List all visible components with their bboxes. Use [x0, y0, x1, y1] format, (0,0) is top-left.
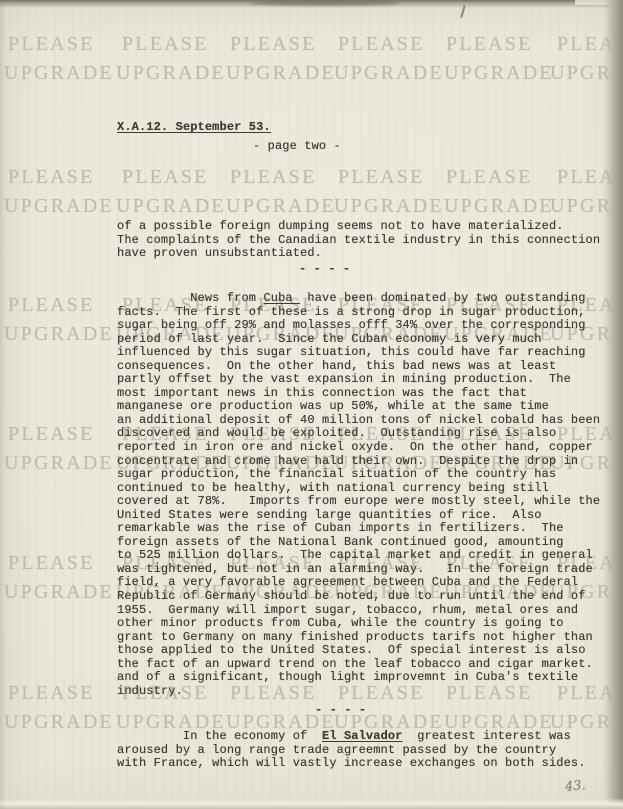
watermark-word: UPGRADE — [116, 63, 226, 83]
watermark-word: PLEASE — [8, 167, 95, 187]
scan-edge-bottom — [0, 798, 623, 809]
paragraph-canada: of a possible foreign dumping seems not … — [117, 220, 600, 261]
watermark-word: UPGRADE — [4, 63, 114, 83]
watermark-word: PLEASE — [8, 683, 95, 703]
watermark-word: PLEASE — [122, 34, 209, 54]
pencil-page-number: 43. — [564, 778, 586, 795]
watermark-word: UPGRADE — [4, 453, 114, 473]
scan-smudge — [250, 1, 400, 6]
scanned-document-page: PLEASEPLEASEPLEASEPLEASEPLEASEPLEASEUPGR… — [0, 0, 623, 809]
watermark-word: PLEASE — [8, 34, 95, 54]
watermark-word: UPGRADE — [226, 63, 336, 83]
watermark-word: PLEASE — [446, 34, 533, 54]
watermark-word: PLEASE — [446, 167, 533, 187]
watermark-word: UPGRADE — [4, 712, 114, 732]
paragraph-cuba: News from Cuba have been dominated by tw… — [117, 292, 600, 698]
watermark-word: UPGRADE — [4, 196, 114, 216]
separator-2: - - - - — [315, 704, 366, 718]
watermark-word: PLEASE — [122, 167, 209, 187]
watermark-word: PLEASE — [230, 167, 317, 187]
watermark-word: UPGRADE — [444, 63, 554, 83]
watermark-word: PLEASE — [338, 34, 425, 54]
watermark-word: UPGRADE — [116, 196, 226, 216]
watermark-word: PLEASE — [8, 424, 95, 444]
watermark-word: UPGRADE — [4, 324, 114, 344]
watermark-word: UPGRADE — [444, 196, 554, 216]
scan-edge-right — [604, 0, 623, 809]
watermark-word: UPGRADE — [334, 196, 444, 216]
scan-edge-left — [0, 0, 7, 809]
watermark-word: UPGRADE — [4, 582, 114, 602]
doc-reference: X.A.12. September 53. — [117, 121, 271, 135]
watermark-word: PLEASE — [338, 167, 425, 187]
watermark-word: UPGRADE — [226, 196, 336, 216]
separator-1: - - - - — [299, 263, 350, 277]
watermark-word: PLEASE — [8, 553, 95, 573]
watermark-word: UPGRADE — [334, 63, 444, 83]
page-label: - page two - — [253, 140, 341, 154]
paragraph-el-salvador: In the economy of El Salvador greatest i… — [117, 730, 586, 771]
watermark-word: PLEASE — [230, 34, 317, 54]
watermark-word: PLEASE — [8, 295, 95, 315]
